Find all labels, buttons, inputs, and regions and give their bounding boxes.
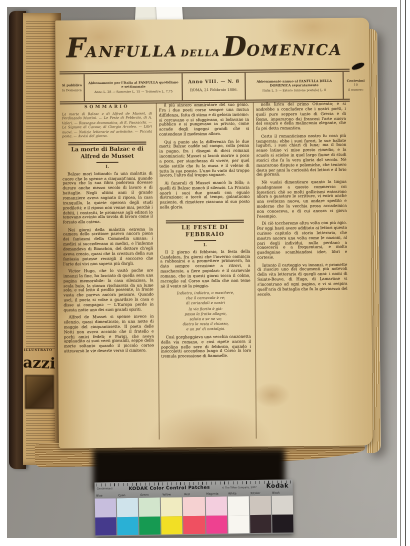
kodak-patch-blue-light: [95, 498, 116, 517]
patch-label: Green: [139, 493, 161, 498]
text-columns: SOMMARIO La morte di Balzac e di Alfred …: [60, 102, 353, 441]
masthead-letter: F: [66, 33, 85, 64]
patch-label: Yellow: [161, 492, 183, 497]
header-subscription-domenica-box: Abbonamento annuo al FANFULLA DELLA DOME…: [245, 72, 343, 100]
sommario-title: SOMMARIO: [62, 105, 152, 111]
patch-label: Magenta: [205, 491, 227, 496]
kodak-patch-cyan-light: [117, 498, 138, 517]
ruler-scale-label: Centimeters: [97, 487, 113, 490]
advert-illustration: [25, 375, 54, 409]
kodak-patch-cyan: [117, 517, 138, 535]
body-paragraph: Victor Hugo, che lo visitò poche ore inn…: [63, 269, 153, 313]
kodak-patch-magenta-light: [205, 496, 226, 515]
patch-label: Red: [183, 492, 205, 497]
kodak-patch-green: [139, 517, 160, 535]
frame-edge-line: [405, 0, 406, 546]
kodak-patch-yellow: [161, 516, 182, 534]
body-paragraph: nella lirica del primo Ottocento; e si a…: [256, 102, 346, 132]
body-paragraph: Il 2 giorno di febbraio, la festa della …: [160, 249, 250, 289]
masthead-word: della: [181, 49, 220, 59]
patch-row-dark: [95, 514, 293, 535]
body-paragraph: Certo il romanticismo nostro fu cosa più…: [256, 133, 346, 177]
body-paragraph: Nè vuolsi dimenticare quanto la lingua g…: [257, 180, 347, 220]
kodak-copyright: © The Tiffen Company, 2007: [222, 486, 257, 490]
frame-edge-line: [400, 0, 401, 546]
masthead-word: omenica: [246, 41, 342, 60]
body-paragraph: Nei giorni della malattia estrema la cam…: [63, 227, 153, 267]
masthead-letter: D: [223, 32, 247, 63]
issue-number: Anno VIII. — N. 8: [185, 80, 243, 87]
advert-big-text: azzi: [23, 353, 56, 372]
body-paragraph: Ai funerali di Musset mancò la folla; a …: [160, 181, 250, 211]
kodak-patch-red-light: [183, 497, 204, 516]
photo-background: ILLUSTRATO azzi FanfulladellaDomenica Si…: [7, 7, 397, 538]
header-issue-box: Anno VIII. — N. 8 ROMA, 21 Febbraio 1886…: [182, 73, 245, 101]
advert-small-text: ILLUSTRATO: [24, 348, 52, 352]
article1-headline: La morte di Balzac e di Alfred de Musset: [64, 147, 150, 161]
issue-date: ROMA, 21 Febbraio 1886.: [185, 87, 243, 93]
body-paragraph: Intanto il carteggio va innanzi, e prome…: [257, 262, 347, 297]
rule: [96, 162, 118, 163]
patch-label: Black: [271, 490, 293, 495]
body-paragraph: il più sincero ammiratore del suo genio.…: [159, 103, 249, 138]
sommario-text: La morte di Balzac e di Alfred de Musset…: [62, 112, 152, 139]
body-paragraph: Di ciò toccheremo altra volta con più ag…: [257, 221, 347, 261]
rule: [166, 219, 244, 223]
section-numeral: I.: [62, 164, 152, 170]
patch-label: Cyan: [117, 493, 139, 498]
newspaper-page: FanfulladellaDomenica Si pubblica la Dom…: [55, 18, 373, 449]
patch-label: 3/Color: [249, 491, 271, 496]
kodak-patch-green-light: [139, 498, 160, 517]
kodak-patch-3color: [250, 515, 271, 533]
column-right: nella lirica del primo Ottocento; e si a…: [253, 102, 353, 439]
patch-label: Blue: [95, 493, 117, 498]
kodak-patch-black-light: [272, 495, 293, 514]
kodak-patch-3color-light: [250, 496, 271, 515]
patch-label: White: [227, 491, 249, 496]
kodak-patch-magenta: [206, 515, 227, 533]
body-paragraph: Alfred de Musset si spense invece in sil…: [64, 315, 154, 355]
kodak-strip-title: KODAK Color Control Patches: [129, 485, 210, 491]
scan-frame: ILLUSTRATO azzi FanfulladellaDomenica Si…: [0, 0, 410, 546]
article2-headline: LE FESTE DI FEBBRAIO: [162, 225, 248, 239]
header-subscription-italy-box: Abbonamento per l'Italia al FANFULLA quo…: [84, 73, 182, 101]
kodak-patch-white-light: [227, 496, 248, 515]
verse-line: e un po' di nostalgia.: [161, 327, 251, 333]
kodak-patch-yellow-light: [161, 497, 182, 516]
kodak-patch-red: [184, 516, 205, 534]
section-numeral: I.: [160, 242, 250, 248]
verse-block: Indietro, indietro, o maschere, che il c…: [161, 291, 251, 333]
column-middle: il più sincero ammiratore del suo genio.…: [156, 103, 256, 440]
body-paragraph: Così gorgheggiava una vecchia canzonetta…: [161, 335, 251, 360]
kodak-patch-black: [272, 514, 293, 532]
ink-mark: [351, 61, 365, 71]
header-price-box: Centesimi 10 il numero: [342, 72, 368, 99]
rule: [194, 240, 216, 241]
previous-page-text-lines: [26, 21, 55, 351]
kodak-patch-blue: [95, 517, 116, 535]
kodak-logo: Kodak: [266, 483, 289, 490]
body-paragraph: Balzac morì lottando: fu una malattia di…: [62, 171, 152, 225]
masthead-word: anfulla: [85, 42, 177, 61]
masthead-title: FanfulladellaDomenica: [55, 31, 353, 65]
header-publish-box: Si pubblica la Domenica: [60, 74, 85, 101]
header-bar: Si pubblica la Domenica Abbonamento per …: [60, 69, 350, 105]
rule: [68, 141, 146, 145]
kodak-color-strip: Centimeters KODAK Color Control Patches …: [95, 479, 294, 536]
kodak-ruler-bar: Centimeters KODAK Color Control Patches …: [95, 479, 293, 498]
column-left: SOMMARIO La morte di Balzac e di Alfred …: [60, 104, 159, 441]
spacer: [160, 212, 250, 217]
kodak-patch-white: [228, 515, 249, 533]
body-paragraph: Qui a punto sta la differenza fra le due…: [159, 139, 249, 179]
